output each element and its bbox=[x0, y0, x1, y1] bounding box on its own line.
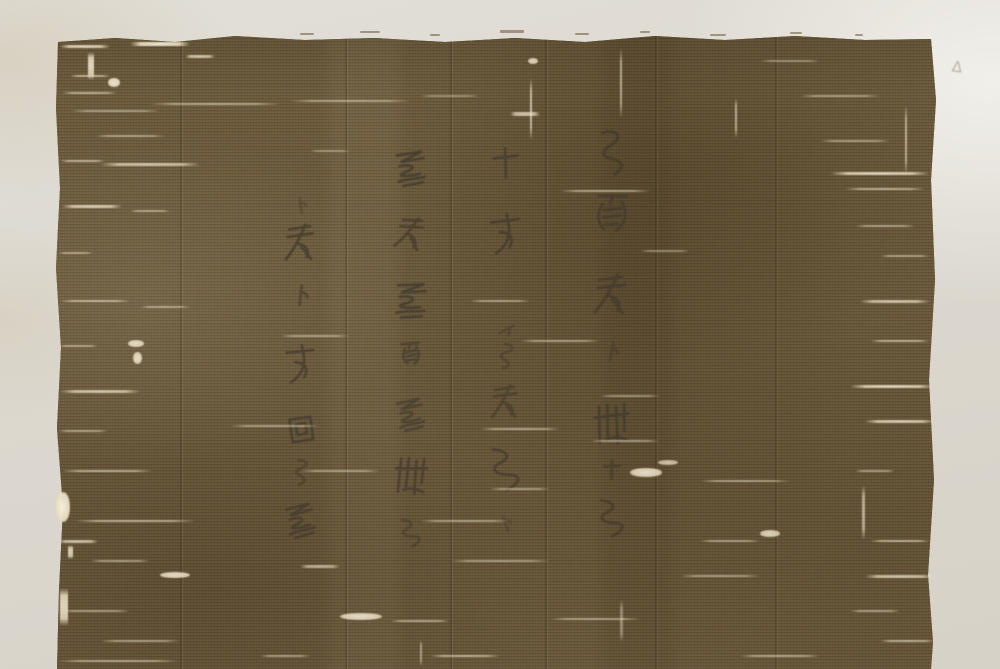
weave-seam bbox=[655, 30, 657, 669]
fiber-fleck bbox=[855, 34, 863, 36]
fiber-fleck bbox=[300, 33, 314, 35]
weave-seam bbox=[450, 30, 452, 669]
textile-fragment bbox=[55, 30, 937, 669]
fiber-fleck bbox=[790, 32, 802, 34]
weave-seam bbox=[545, 30, 547, 669]
weave-seam bbox=[775, 30, 777, 669]
artifact-photo: Δ bbox=[0, 0, 1000, 669]
weave-seam bbox=[180, 30, 182, 669]
fiber-fleck bbox=[640, 31, 650, 33]
pencil-mark: Δ bbox=[951, 57, 964, 76]
weave-seam bbox=[345, 30, 347, 669]
fiber-fleck bbox=[500, 30, 524, 33]
fiber-fleck bbox=[360, 31, 380, 33]
fiber-fleck bbox=[710, 34, 726, 36]
fiber-fleck bbox=[430, 34, 440, 36]
fiber-fleck bbox=[575, 33, 589, 35]
